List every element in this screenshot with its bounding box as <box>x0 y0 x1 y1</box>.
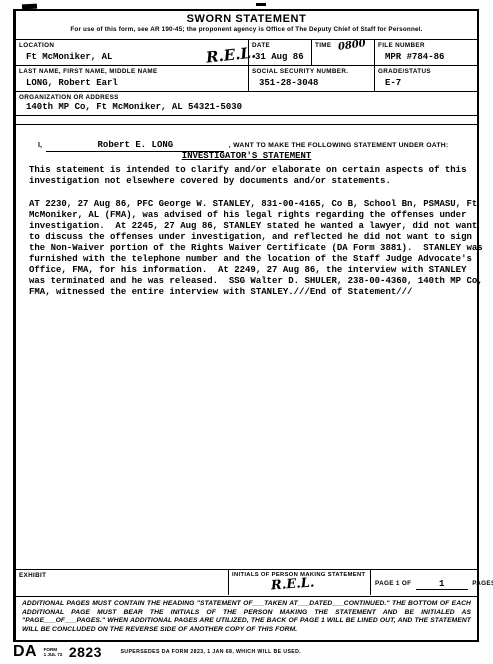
page-count-cell: PAGE 1 OF 1 PAGES <box>371 570 477 595</box>
time-cell: TIME 0800 <box>312 40 375 66</box>
location-label: LOCATION <box>19 42 54 49</box>
ssn-value: 351-28-3048 <box>259 78 318 89</box>
exhibit-cell: EXHIBIT <box>16 570 229 595</box>
page-count-value: 1 <box>416 580 468 590</box>
statement-box: I, Robert E. LONG , WANT TO MAKE THE FOL… <box>16 125 477 570</box>
date-label: DATE <box>252 42 270 49</box>
da-prefix: DA <box>13 643 37 661</box>
form-header: SWORN STATEMENT For use of this form, se… <box>16 11 477 40</box>
page-suffix-label: PAGES <box>472 580 493 587</box>
statement-heading: INVESTIGATOR'S STATEMENT <box>16 151 477 162</box>
name-label: LAST NAME, FIRST NAME, MIDDLE NAME <box>19 68 158 75</box>
name-cell: LAST NAME, FIRST NAME, MIDDLE NAME LONG,… <box>16 66 249 92</box>
oath-prefix: I, <box>38 142 42 149</box>
date-value: 31 Aug 86 <box>255 52 304 63</box>
organization-value: 140th MP Co, Ft McMoniker, AL 54321-5030 <box>26 102 242 113</box>
da-form-date: 1 JUL 72 <box>44 652 63 657</box>
grade-label: GRADE/STATUS <box>378 68 431 75</box>
statement-paragraph-1: This statement is intended to clarify an… <box>29 165 477 187</box>
exhibit-label: EXHIBIT <box>19 572 46 579</box>
page-count-line: PAGE 1 OF 1 PAGES <box>375 572 493 590</box>
da-form-date-stack: FORM 1 JUL 72 <box>44 647 63 657</box>
initials-handwritten-value: R.E.L. <box>271 576 315 594</box>
grade-cell: GRADE/STATUS E-7 <box>375 66 477 92</box>
da-supersedes-note: SUPERSEDES DA FORM 2823, 1 JAN 68, WHICH… <box>120 649 301 655</box>
file-number-cell: FILE NUMBER MPR #784-86 <box>375 40 477 66</box>
oath-line: I, Robert E. LONG , WANT TO MAKE THE FOL… <box>38 134 448 152</box>
additional-pages-note-text: ADDITIONAL PAGES MUST CONTAIN THE HEADIN… <box>22 600 471 634</box>
scan-artifact <box>256 3 266 6</box>
page-prefix-label: PAGE 1 OF <box>375 580 411 587</box>
file-number-value: MPR #784-86 <box>385 52 444 63</box>
ssn-cell: SOCIAL SECURITY NUMBER. 351-28-3048 <box>249 66 375 92</box>
exhibit-row: EXHIBIT INITIALS OF PERSON MAKING STATEM… <box>16 570 477 597</box>
date-cell: DATE 31 Aug 86 <box>249 40 312 66</box>
grade-value: E-7 <box>385 78 401 89</box>
initials-cell: INITIALS OF PERSON MAKING STATEMENT R.E.… <box>229 570 371 595</box>
form-title: SWORN STATEMENT <box>16 11 477 25</box>
time-label: TIME <box>315 42 331 49</box>
oath-suffix: , WANT TO MAKE THE FOLLOWING STATEMENT U… <box>229 142 449 149</box>
name-value: LONG, Robert Earl <box>26 78 118 89</box>
file-number-label: FILE NUMBER <box>378 42 425 49</box>
location-cell: LOCATION Ft McMoniker, AL <box>16 40 249 66</box>
sworn-statement-form: SWORN STATEMENT For use of this form, se… <box>13 9 479 642</box>
spacer-strip <box>16 116 477 125</box>
organization-cell: ORGANIZATION OR ADDRESS 140th MP Co, Ft … <box>16 92 477 116</box>
statement-paragraph-2: AT 2230, 27 Aug 86, PFC George W. STANLE… <box>29 199 477 298</box>
additional-pages-note: ADDITIONAL PAGES MUST CONTAIN THE HEADIN… <box>16 597 477 640</box>
form-id-line: DA FORM 1 JUL 72 2823 SUPERSEDES DA FORM… <box>13 643 479 663</box>
ssn-label: SOCIAL SECURITY NUMBER. <box>252 68 348 75</box>
form-subtitle: For use of this form, see AR 190-45; the… <box>16 26 477 33</box>
location-value: Ft McMoniker, AL <box>26 52 112 63</box>
scanned-document-page: SWORN STATEMENT For use of this form, se… <box>0 0 493 664</box>
da-form-number: 2823 <box>69 644 102 660</box>
time-handwritten-value: 0800 <box>337 38 366 53</box>
organization-label: ORGANIZATION OR ADDRESS <box>19 94 119 101</box>
